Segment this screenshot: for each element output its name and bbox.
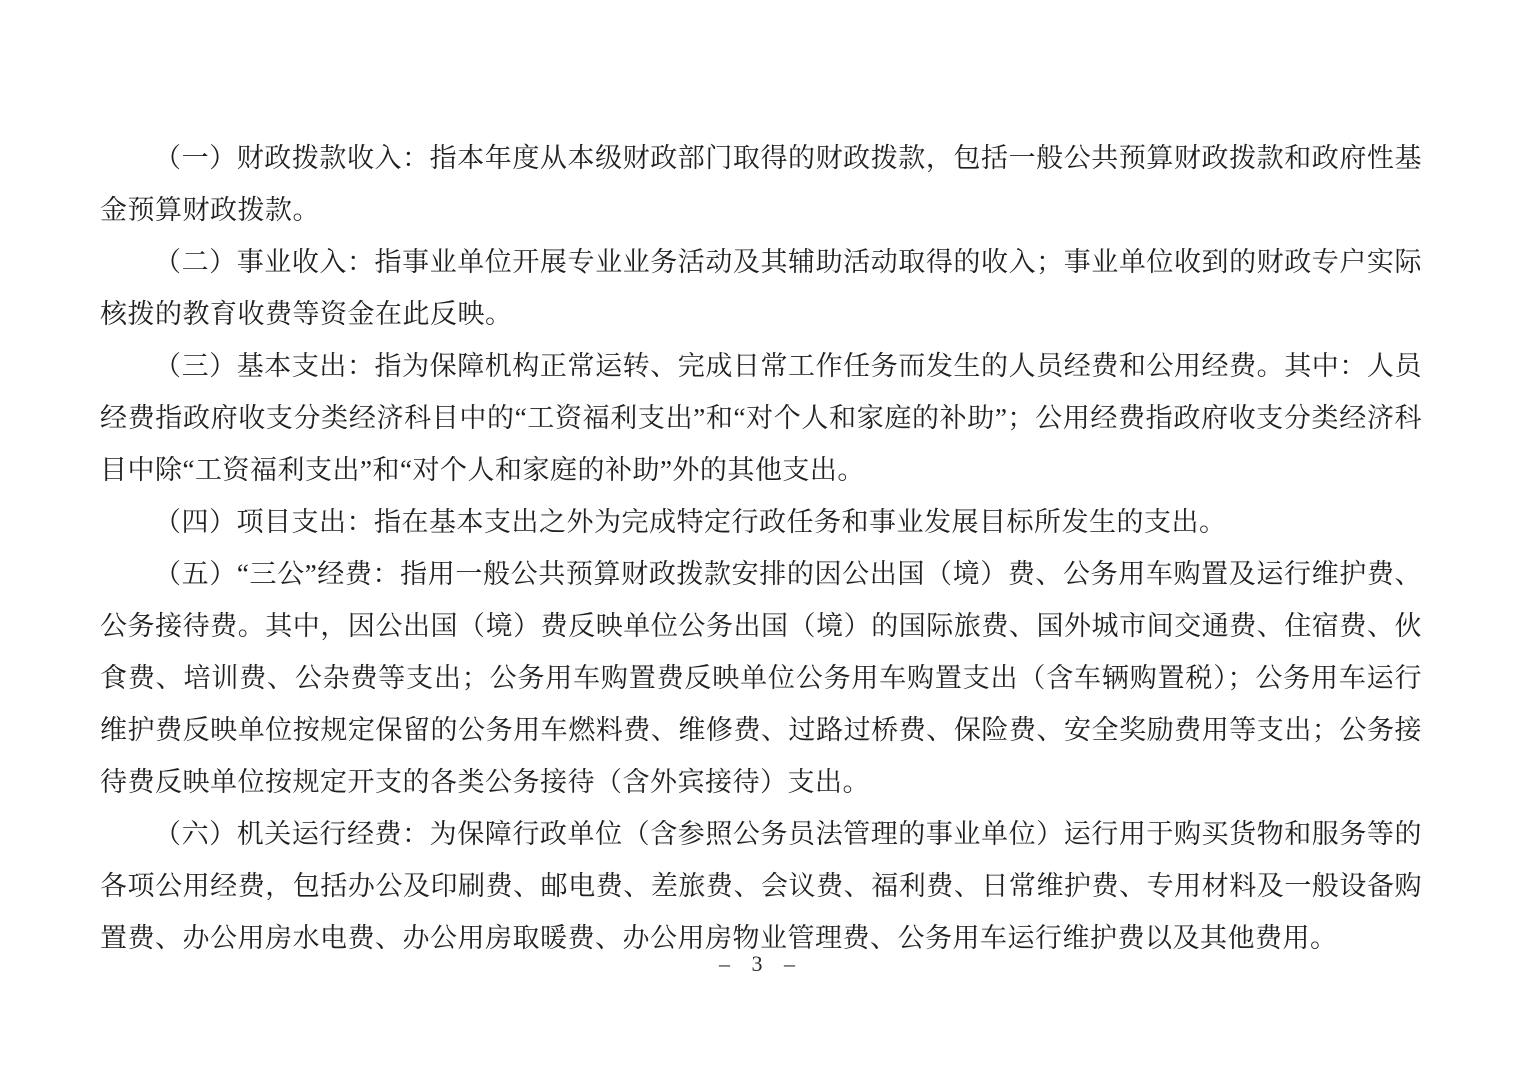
- paragraph-basic-expenditure: （三）基本支出：指为保障机构正常运转、完成日常工作任务而发生的人员经费和公用经费…: [100, 340, 1422, 496]
- paragraph-agency-operating-expenses: （六）机关运行经费：为保障行政单位（含参照公务员法管理的事业单位）运行用于购买货…: [100, 808, 1422, 964]
- document-page: （一）财政拨款收入：指本年度从本级财政部门取得的财政拨款，包括一般公共预算财政拨…: [0, 0, 1520, 1074]
- paragraph-operational-income: （二）事业收入：指事业单位开展专业业务活动及其辅助活动取得的收入；事业单位收到的…: [100, 236, 1422, 340]
- document-content: （一）财政拨款收入：指本年度从本级财政部门取得的财政拨款，包括一般公共预算财政拨…: [100, 132, 1422, 964]
- page-number: – 3 –: [100, 944, 1422, 984]
- paragraph-three-public-expenses: （五）“三公”经费：指用一般公共预算财政拨款安排的因公出国（境）费、公务用车购置…: [100, 548, 1422, 808]
- paragraph-project-expenditure: （四）项目支出：指在基本支出之外为完成特定行政任务和事业发展目标所发生的支出。: [100, 496, 1422, 548]
- paragraph-fiscal-appropriation-income: （一）财政拨款收入：指本年度从本级财政部门取得的财政拨款，包括一般公共预算财政拨…: [100, 132, 1422, 236]
